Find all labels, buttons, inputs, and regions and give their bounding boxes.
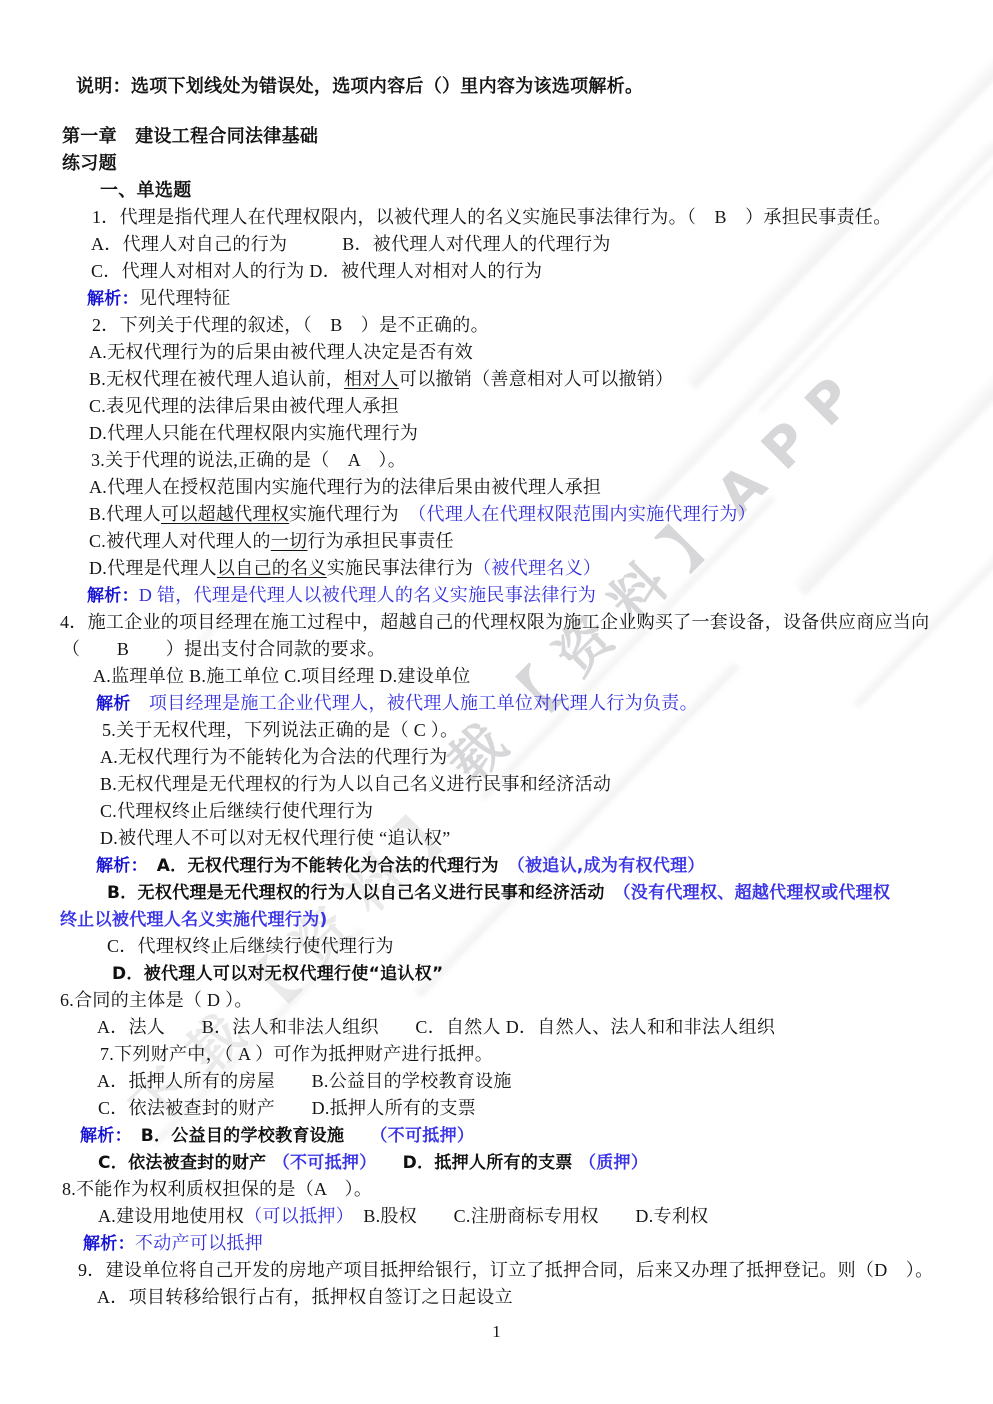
doc-body: 说明：选项下划线处为错误处，选项内容后（）里内容为该选项解析。第一章 建设工程合…	[0, 73, 993, 1311]
text-line: 解析： B．公益目的学校教育设施 （不可抵押）	[0, 1122, 993, 1149]
text-segment: D.代理是代理人	[89, 558, 217, 578]
text-segment: B．公益目的学校教育设施	[123, 1126, 378, 1146]
text-segment: A.无权代理行为的后果由被代理人决定是否有效	[89, 342, 473, 362]
text-line: C．依法被查封的财产 （不可抵押） D．抵押人所有的支票 （质押）	[0, 1149, 993, 1176]
text-line: 6.合同的主体是（ D ）。	[0, 987, 993, 1014]
text-line: D．被代理人可以对无权代理行使“追认权”	[0, 960, 993, 987]
text-segment: A．抵押人所有的房屋 B.公益目的学校教育设施	[97, 1071, 512, 1091]
text-segment: 不动产可以抵押	[135, 1233, 263, 1253]
text-segment: （不可抵押）	[379, 1126, 474, 1146]
text-segment: （被代理名义）	[473, 558, 601, 578]
text-segment: A．无权代理行为不能转化为合法的代理行为	[139, 856, 516, 876]
text-line: A.建设用地使用权（可以抵押） B.股权 C.注册商标专用权 D.专利权	[0, 1203, 993, 1230]
text-segment: A.建设用地使用权	[98, 1206, 244, 1226]
text-segment: （不可抵押）	[273, 1153, 368, 1173]
text-segment: D 错，代理是代理人以被代理人的名义实施民事法律行为	[139, 585, 596, 605]
text-segment: 9．建设单位将自己开发的房地产项目抵押给银行，订立了抵押合同，后来又办理了抵押登…	[78, 1260, 933, 1280]
text-segment: B.无权代理在被代理人追认前，	[89, 369, 344, 389]
text-line: B.无权代理在被代理人追认前，相对人可以撤销（善意相对人可以撤销）	[0, 366, 993, 393]
text-segment: 可以超越代理权	[161, 504, 289, 524]
text-line: C.代理权终止后继续行使代理行为	[0, 798, 993, 825]
text-line: A．抵押人所有的房屋 B.公益目的学校教育设施	[0, 1068, 993, 1095]
text-segment: 第一章 建设工程合同法律基础	[62, 126, 318, 146]
text-segment: 1．代理是指代理人在代理权限内，以被代理人的名义实施民事法律行为。（ B ）承担…	[92, 207, 892, 227]
text-segment: 解析	[96, 694, 131, 714]
text-line: 2．下列关于代理的叙述，（ B ）是不正确的。	[0, 312, 993, 339]
text-segment: A．代理人对自己的行为 B．被代理人对代理人的代理行为	[91, 234, 611, 254]
text-line: 第一章 建设工程合同法律基础	[0, 123, 993, 150]
text-line: A．代理人对自己的行为 B．被代理人对代理人的代理行为	[0, 231, 993, 258]
text-segment: （代理人在代理权限范围内实施代理行为）	[417, 504, 756, 524]
text-segment: 7.下列财产中，（ A ）可作为抵押财产进行抵押。	[100, 1044, 493, 1064]
text-segment: 4．施工企业的项目经理在施工过程中，超越自己的代理权限为施工企业购买了一套设备，…	[60, 612, 929, 632]
text-segment: D.代理人只能在代理权限内实施代理行为	[89, 423, 418, 443]
text-line: C.表见代理的法律后果由被代理人承担	[0, 393, 993, 420]
text-segment: C.表见代理的法律后果由被代理人承担	[89, 396, 399, 416]
text-line: 9．建设单位将自己开发的房地产项目抵押给银行，订立了抵押合同，后来又办理了抵押登…	[0, 1257, 993, 1284]
text-line: 8.不能作为权利质权担保的是（A ）。	[0, 1176, 993, 1203]
text-segment: 5.关于无权代理，下列说法正确的是（ C ）。	[102, 720, 458, 740]
text-line: C.被代理人对代理人的一切行为承担民事责任	[0, 528, 993, 555]
text-line: A.代理人在授权范围内实施代理行为的法律后果由被代理人承担	[0, 474, 993, 501]
text-segment: 行为承担民事责任	[307, 531, 453, 551]
text-line: 一、单选题	[0, 177, 993, 204]
text-line: B.代理人可以超越代理权实施代理行为 （代理人在代理权限范围内实施代理行为）	[0, 501, 993, 528]
text-line: 4．施工企业的项目经理在施工过程中，超越自己的代理权限为施工企业购买了一套设备，…	[0, 609, 993, 636]
text-line: 7.下列财产中，（ A ）可作为抵押财产进行抵押。	[0, 1041, 993, 1068]
text-line: A.监理单位 B.施工单位 C.项目经理 D.建设单位	[0, 663, 993, 690]
text-line: 5.关于无权代理，下列说法正确的是（ C ）。	[0, 717, 993, 744]
text-segment: 解析：	[80, 1126, 123, 1146]
text-segment: 练习题	[62, 153, 117, 173]
text-line: B.无权代理是无代理权的行为人以自己名义进行民事和经济活动	[0, 771, 993, 798]
document-content: 说明：选项下划线处为错误处，选项内容后（）里内容为该选项解析。第一章 建设工程合…	[0, 73, 993, 1345]
text-line: A．法人 B．法人和非法人组织 C．自然人 D．自然人、法人和和非法人组织	[0, 1014, 993, 1041]
text-line: D.代理是代理人以自己的名义实施民事法律行为（被代理名义）	[0, 555, 993, 582]
text-segment: B.代理人	[89, 504, 161, 524]
text-segment: （质押）	[579, 1153, 648, 1173]
text-segment: 一、单选题	[100, 180, 192, 200]
text-segment: 解析：	[83, 1234, 135, 1254]
text-segment: C．依法被查封的财产 D.抵押人所有的支票	[98, 1098, 476, 1118]
text-segment: A．法人 B．法人和非法人组织 C．自然人 D．自然人、法人和和非法人组织	[97, 1017, 775, 1037]
text-line: D.被代理人不可以对无权代理行使 “追认权”	[0, 825, 993, 852]
text-line: D.代理人只能在代理权限内实施代理行为	[0, 420, 993, 447]
text-segment: 说明：选项下划线处为错误处，选项内容后（）里内容为该选项解析。	[76, 76, 643, 96]
text-line: B．无权代理是无代理权的行为人以自己名义进行民事和经济活动 （没有代理权、超越代…	[0, 879, 993, 906]
text-segment: 解析：	[96, 856, 139, 876]
text-segment: D．被代理人可以对无权代理行使“追认权”	[112, 964, 443, 984]
text-segment: 8.不能作为权利质权担保的是（A ）。	[62, 1179, 372, 1199]
text-segment: 一切	[271, 531, 308, 551]
text-line: A.无权代理行为不能转化为合法的代理行为	[0, 744, 993, 771]
text-line: C．依法被查封的财产 D.抵押人所有的支票	[0, 1095, 993, 1122]
text-segment: 项目经理是施工企业代理人，被代理人施工单位对代理人行为负责。	[131, 693, 698, 713]
text-segment: 见代理特征	[139, 288, 231, 308]
text-segment: 相对人	[344, 369, 399, 389]
text-segment: 解析：	[87, 289, 139, 309]
text-segment: 6.合同的主体是（ D ）。	[60, 990, 253, 1010]
text-line: 1．代理是指代理人在代理权限内，以被代理人的名义实施民事法律行为。（ B ）承担…	[0, 204, 993, 231]
text-segment: B．无权代理是无代理权的行为人以自己名义进行民事和经济活动	[107, 883, 622, 903]
text-segment: A.监理单位 B.施工单位 C.项目经理 D.建设单位	[93, 666, 471, 686]
text-segment: B.股权 C.注册商标专用权 D.专利权	[345, 1206, 708, 1226]
text-segment: D．抵押人所有的支票	[368, 1153, 579, 1173]
text-segment: B.无权代理是无代理权的行为人以自己名义进行民事和经济活动	[100, 774, 611, 794]
text-segment: 可以撤销（善意相对人可以撤销）	[399, 369, 674, 389]
text-line: C．代理权终止后继续行使代理行为	[0, 933, 993, 960]
text-segment: C．依法被查封的财产	[98, 1153, 273, 1173]
text-line: 说明：选项下划线处为错误处，选项内容后（）里内容为该选项解析。	[0, 73, 993, 100]
text-segment: C.代理权终止后继续行使代理行为	[100, 801, 373, 821]
document-page: 载【资料】APP 下载【资料】 说明：选项下划线处为错误处，选项内容后（）里内容…	[0, 0, 993, 1404]
text-segment: （可以抵押）	[244, 1206, 345, 1226]
text-line: 解析：见代理特征	[0, 285, 993, 312]
text-line: （ B ）提出支付合同款的要求。	[0, 636, 993, 663]
text-line: 解析 项目经理是施工企业代理人，被代理人施工单位对代理人行为负责。	[0, 690, 993, 717]
text-segment: 终止以被代理人名义实施代理行为)	[60, 910, 328, 930]
text-segment: C.被代理人对代理人的	[89, 531, 271, 551]
text-line: A．项目转移给银行占有，抵押权自签订之日起设立	[0, 1284, 993, 1311]
text-segment: 以自己的名义	[217, 558, 327, 578]
text-line: 练习题	[0, 150, 993, 177]
text-segment: （ B ）提出支付合同款的要求。	[62, 639, 385, 659]
text-line: C．代理人对相对人的行为 D．被代理人对相对人的行为	[0, 258, 993, 285]
text-segment: 实施代理行为	[289, 504, 417, 524]
text-line: 3.关于代理的说法,正确的是（ A ）。	[0, 447, 993, 474]
text-line: A.无权代理行为的后果由被代理人决定是否有效	[0, 339, 993, 366]
text-segment: C．代理权终止后继续行使代理行为	[107, 936, 394, 956]
text-line: 解析：D 错，代理是代理人以被代理人的名义实施民事法律行为	[0, 582, 993, 609]
text-segment: 2．下列关于代理的叙述，（ B ）是不正确的。	[92, 315, 489, 335]
text-segment: A.无权代理行为不能转化为合法的代理行为	[100, 747, 448, 767]
text-segment: D.被代理人不可以对无权代理行使 “追认权”	[100, 828, 451, 848]
text-segment: A.代理人在授权范围内实施代理行为的法律后果由被代理人承担	[89, 477, 601, 497]
text-segment: （没有代理权、超越代理权或代理权	[622, 883, 890, 903]
text-segment: （被追认,成为有权代理）	[516, 856, 705, 876]
text-segment: 3.关于代理的说法,正确的是（ A ）。	[91, 450, 406, 470]
text-segment: C．代理人对相对人的行为 D．被代理人对相对人的行为	[91, 261, 542, 281]
text-segment: 实施民事法律行为	[327, 558, 473, 578]
text-line: 终止以被代理人名义实施代理行为)	[0, 906, 993, 933]
text-line: 解析：不动产可以抵押	[0, 1230, 993, 1257]
text-segment: A．项目转移给银行占有，抵押权自签订之日起设立	[97, 1287, 513, 1307]
text-line: 解析： A．无权代理行为不能转化为合法的代理行为 （被追认,成为有权代理）	[0, 852, 993, 879]
page-number: 1	[0, 1318, 993, 1345]
text-segment: 解析：	[87, 586, 139, 606]
